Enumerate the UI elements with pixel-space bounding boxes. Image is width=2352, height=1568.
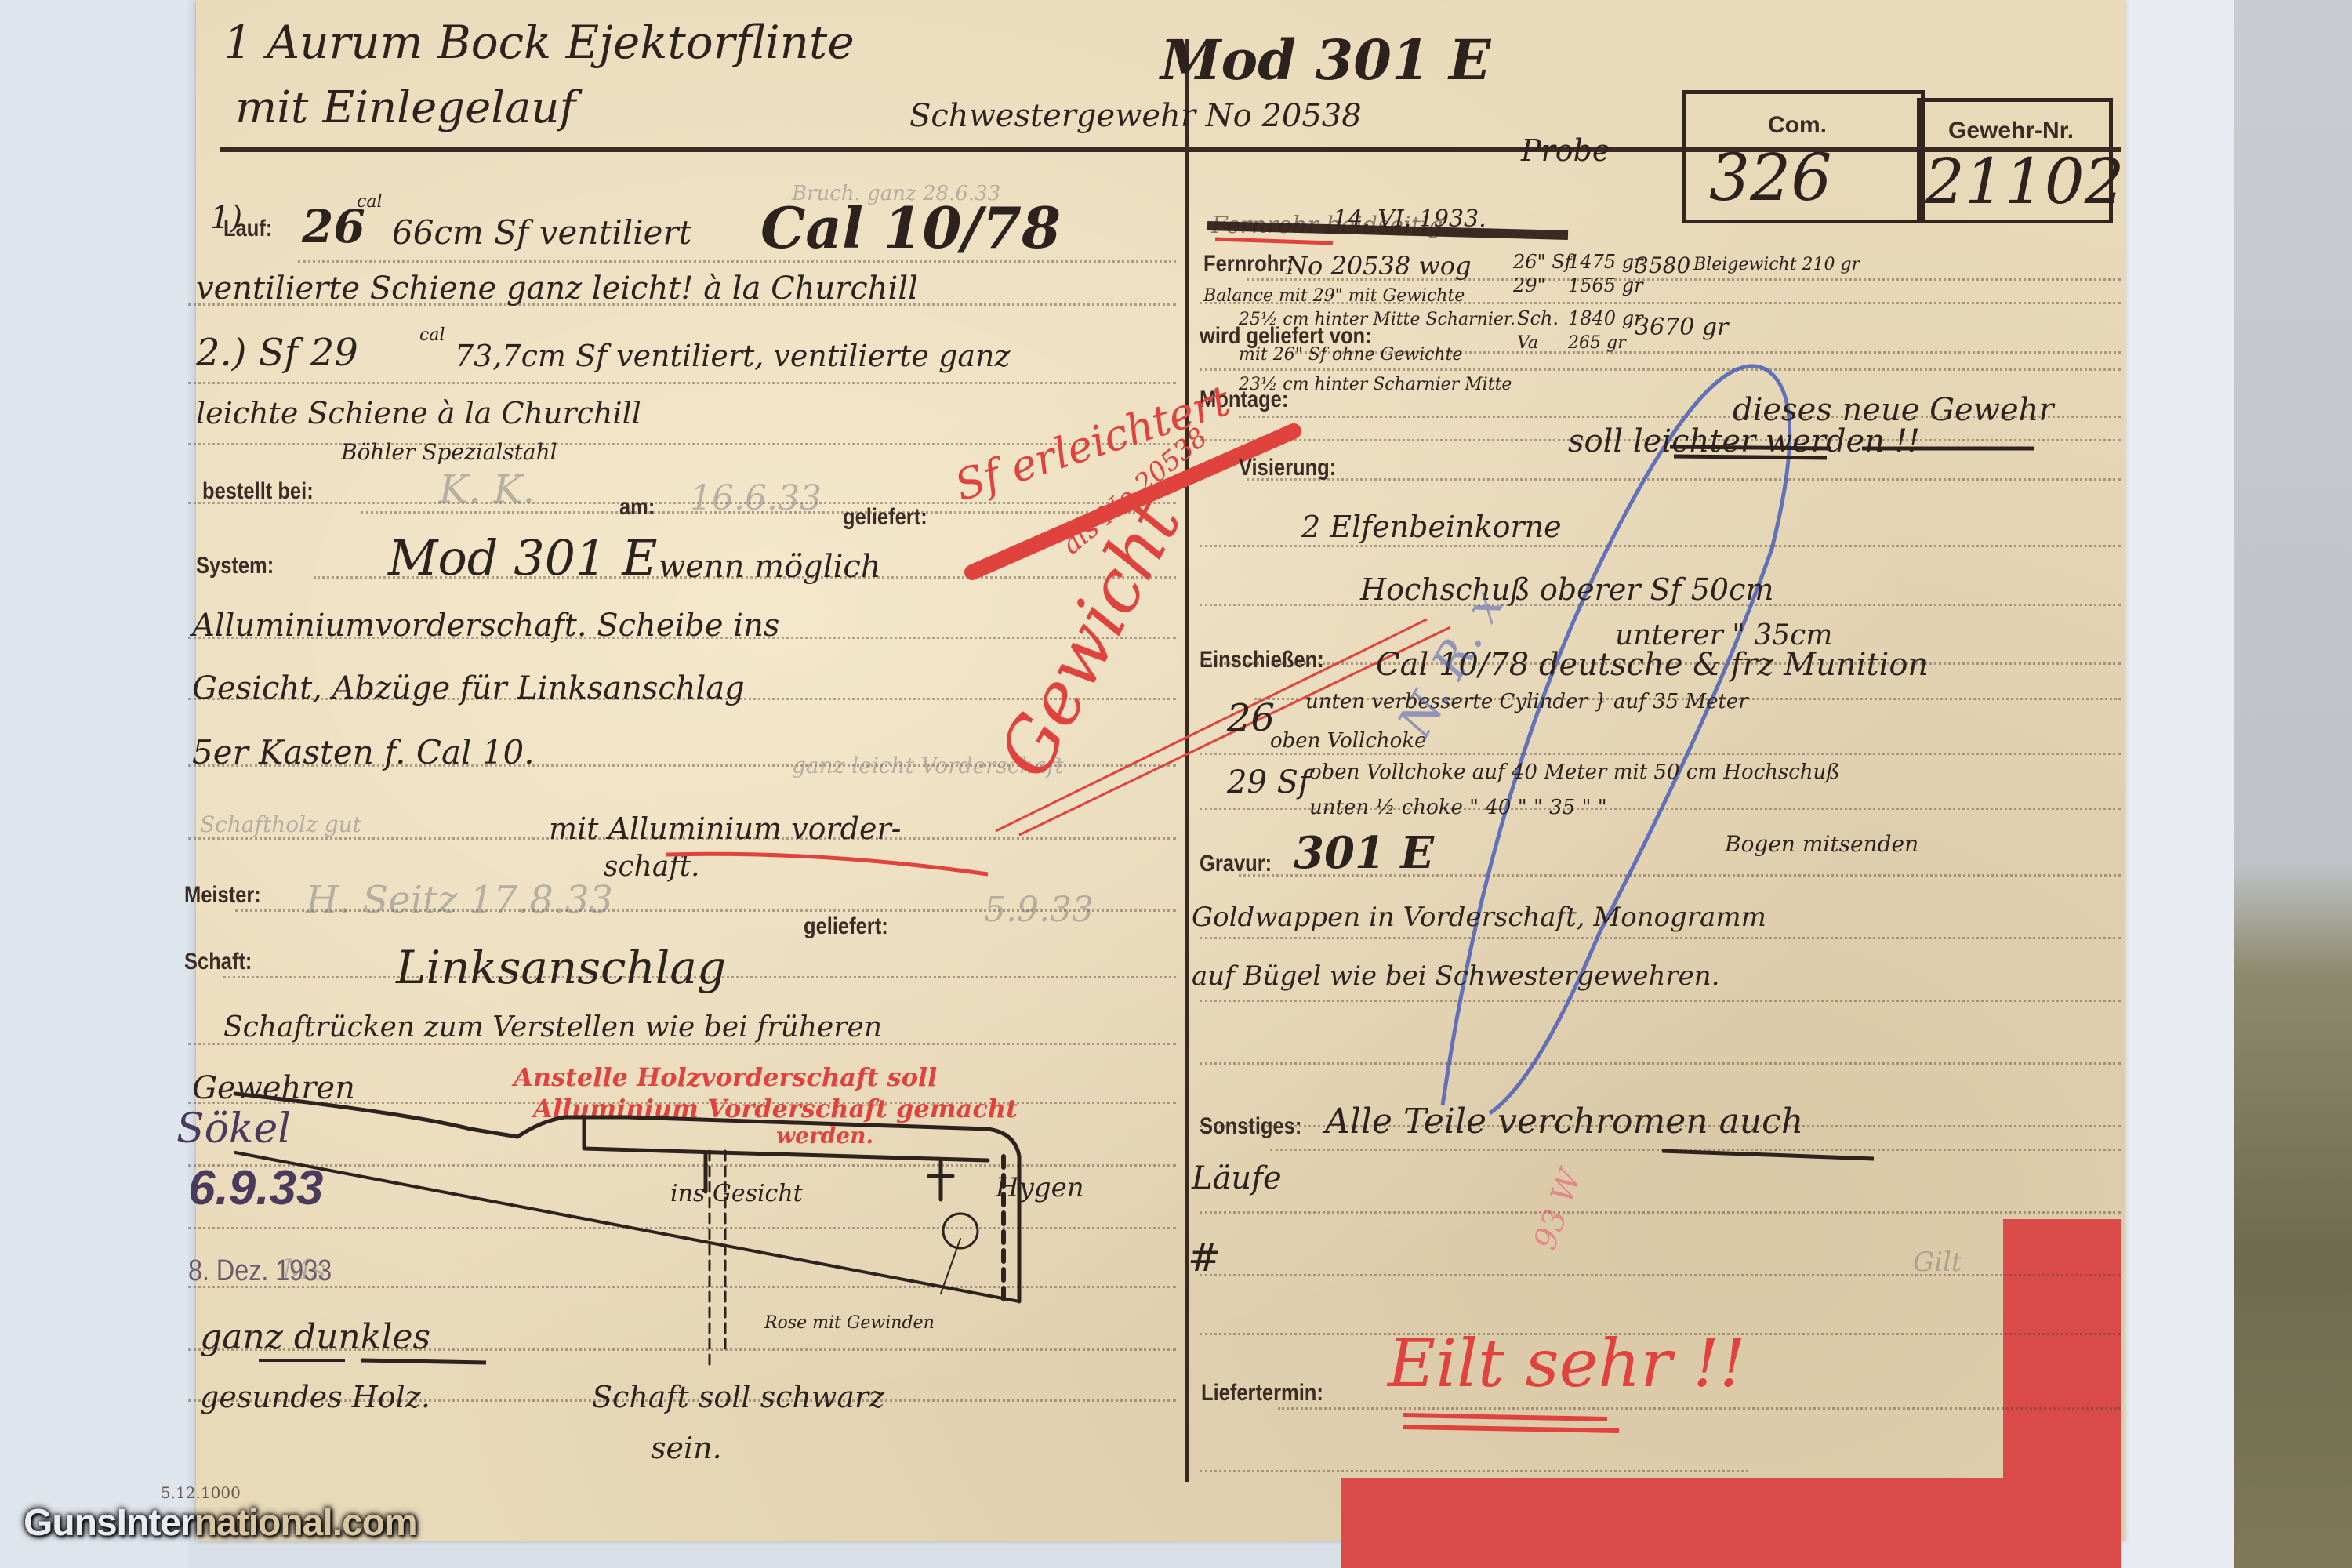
liefertermin-value: Eilt sehr !! — [1388, 1325, 1746, 1402]
label-einschiessen: Einschießen: — [1200, 647, 1324, 673]
sonstiges-value2: Läufe — [1192, 1160, 1282, 1196]
wird-geliefert-value: mit 26" Sf ohne Gewichte — [1239, 345, 1462, 365]
sketch-label-face: ins Gesicht — [670, 1180, 803, 1207]
label-visierung: Visierung: — [1239, 455, 1336, 481]
weight-total-2: 3670 gr — [1635, 314, 1728, 341]
einschiessen-29c: Bogen mitsenden — [1725, 831, 1918, 857]
einschiessen-26b: oben Vollchoke — [1270, 729, 1426, 753]
fernrohr-value: No 20538 wog — [1286, 251, 1472, 281]
label-fernrohr: Fernrohr: — [1203, 251, 1294, 278]
watermark: GunsInternational.com — [24, 1501, 417, 1544]
watermark-tail: national.com — [194, 1502, 417, 1544]
einschiessen-29b: unten ½ choke " 40 " " 35 " " — [1309, 796, 1607, 819]
schaft-lower-1: gesundes Holz. — [200, 1380, 430, 1414]
label-liefertermin: Liefertermin: — [1201, 1380, 1323, 1406]
fernrohr-note2: 25½ cm hinter Mitte Scharnier. — [1239, 310, 1515, 329]
schaft-lower-3: sein. — [651, 1431, 722, 1465]
fernrohr-note1: Balance mit 29" mit Gewichte — [1203, 286, 1465, 306]
weight-total-1: 3580 — [1635, 252, 1690, 278]
printer-mark: 5.12.1000 — [161, 1483, 241, 1502]
weight-item-3: Va — [1517, 333, 1538, 353]
sonstiges-value: Alle Teile verchromen auch — [1325, 1102, 1803, 1142]
weight-item-2: Sch. — [1517, 307, 1559, 329]
einschiessen-29a: oben Vollchoke auf 40 Meter mit 50 cm Ho… — [1309, 760, 1840, 784]
einschiessen-26: 26 — [1227, 696, 1275, 740]
weight-item-0: 26" Sf — [1513, 251, 1572, 273]
pencil-mark: Ms — [282, 1254, 325, 1287]
weight-grams-3: 265 gr — [1568, 333, 1626, 353]
lead-weight: Bleigewicht 210 gr — [1693, 255, 1860, 274]
visierung-line-0: 2 Elfenbeinkorne — [1301, 510, 1562, 544]
label-gravur: Gravur: — [1200, 851, 1272, 877]
right-date: 14. VI. 1933. — [1333, 205, 1486, 233]
weight-grams-2: 1840 gr — [1568, 307, 1643, 329]
watermark-head: GunsInter — [24, 1502, 194, 1544]
signature-stamp: Sökel — [176, 1105, 291, 1152]
sketch-label-rose: Rose mit Gewinden — [764, 1313, 935, 1333]
pencil-corner: Gilt — [1913, 1247, 1962, 1278]
weight-item-1: 29" — [1513, 274, 1546, 296]
schaft-lower-2: Schaft soll schwarz — [592, 1380, 884, 1414]
visierung-line-1: Hochschuß oberer Sf 50cm — [1360, 572, 1773, 607]
date-hand-stamp: 6.9.33 — [188, 1160, 323, 1216]
weight-grams-1: 1565 gr — [1568, 274, 1643, 296]
sketch-label-heel: Hygen — [996, 1172, 1084, 1203]
gravur-line-0: Goldwappen in Vorderschaft, Monogramm — [1192, 902, 1766, 933]
label-sonstiges: Sonstiges: — [1200, 1113, 1301, 1140]
einschiessen-26a: unten verbesserte Cylinder } auf 35 Mete… — [1305, 690, 1748, 713]
montage-value: 23½ cm hinter Scharnier Mitte — [1239, 375, 1512, 394]
hash-mark: # — [1188, 1235, 1221, 1280]
einschiessen-29: 29 Sf — [1227, 764, 1310, 800]
schaft-lower-0: ganz dunkles — [200, 1317, 430, 1357]
gravur-line-1: auf Bügel wie bei Schwestergewehren. — [1192, 960, 1720, 992]
weight-grams-0: 1475 gr — [1568, 251, 1643, 273]
note-lighter-1: soll leichter werden !! — [1568, 423, 1920, 459]
gravur-value: 301 E — [1294, 827, 1434, 879]
